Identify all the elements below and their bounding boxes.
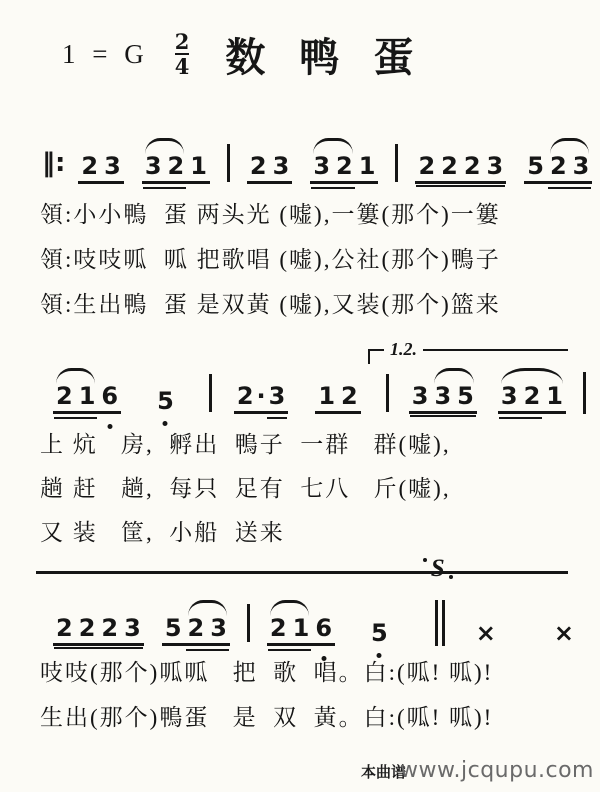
slur-group: 2 1 bbox=[267, 615, 312, 641]
beam-group: 3 3 5 bbox=[409, 383, 477, 414]
lyric-line: 又 装 筐, 小船 送来 bbox=[40, 514, 285, 547]
note-digit: 2 bbox=[98, 615, 121, 641]
lyric-line: 吱吱(那个)呱呱 把 歌 唱。白:(呱! 呱)! bbox=[40, 654, 493, 687]
note-digit: 2 bbox=[415, 153, 438, 179]
note-digit: 3 bbox=[266, 383, 289, 409]
beam-group: 5 2 3 bbox=[162, 615, 230, 646]
time-signature-denominator: 4 bbox=[175, 53, 190, 78]
note-digit: 2 bbox=[461, 153, 484, 179]
barline bbox=[395, 144, 398, 182]
note-digit: 5 bbox=[162, 615, 185, 641]
volta-label: 1.2. bbox=[384, 339, 423, 360]
barline bbox=[247, 604, 250, 642]
slur-group: 3 2 bbox=[310, 153, 355, 179]
note-digit: 3 bbox=[498, 383, 521, 409]
beam-group: 2 3 bbox=[247, 153, 292, 184]
note-digit: 2 bbox=[53, 615, 76, 641]
volta-continuation-line bbox=[36, 571, 568, 574]
note-digit: 1 bbox=[356, 153, 379, 179]
lyric-line: 趟 赶 趟, 每只 足有 七八 斤(嘘), bbox=[40, 470, 451, 503]
note-digit: 2 bbox=[234, 383, 257, 409]
note-digit: 2 bbox=[76, 615, 99, 641]
end-barline bbox=[583, 372, 586, 414]
song-title: 数鸭蛋 bbox=[225, 26, 447, 83]
augmentation-dot: · bbox=[257, 384, 266, 408]
beam-group: 2 · 3 bbox=[234, 383, 289, 414]
note-digit: 3 bbox=[431, 383, 454, 409]
watermark-url: www.jcqupu.com bbox=[400, 758, 594, 783]
note-digit: 2 bbox=[438, 153, 461, 179]
note-digit: 3 bbox=[484, 153, 507, 179]
barline bbox=[209, 374, 212, 412]
time-signature-numerator: 2 bbox=[175, 31, 190, 53]
note-digit-low-octave: 5 bbox=[154, 388, 177, 414]
barline bbox=[442, 600, 445, 646]
slur-group: 3 2 bbox=[142, 153, 187, 179]
key-signature: 1 = G bbox=[62, 39, 149, 70]
note-digit: 2 bbox=[247, 153, 270, 179]
note-digit: 1 bbox=[543, 383, 566, 409]
beam-group: 1 2 bbox=[315, 383, 360, 414]
beam-group: 5 2 3 bbox=[524, 153, 592, 184]
note-digit: 5 bbox=[454, 383, 477, 409]
beam-group: 2 3 bbox=[78, 153, 123, 184]
note-digit: 1 bbox=[315, 383, 338, 409]
note-digit: 2 bbox=[333, 153, 356, 179]
beam-group: 2 1 6 bbox=[267, 615, 335, 646]
note-digit: 3 bbox=[101, 153, 124, 179]
note-digit: 1 bbox=[187, 153, 210, 179]
beam-subgroup: 3 2 bbox=[498, 383, 543, 409]
beam-group: 3 2 1 bbox=[142, 153, 210, 184]
slur-group: 2 3 bbox=[547, 153, 592, 179]
note-digit: 2 bbox=[521, 383, 544, 409]
note-digit-low-octave: 6 bbox=[312, 615, 335, 641]
lyric-line: 上 炕 房, 孵出 鴨子 一群 群(嘘), bbox=[40, 426, 451, 459]
note-digit: 3 bbox=[207, 615, 230, 641]
spoken-rhythm-cross: × bbox=[551, 620, 577, 646]
music-line-2: 2 1 6 5 2 · 3 1 2 3 3 5 3 bbox=[44, 372, 594, 414]
beam-group: 3 2 1 bbox=[310, 153, 378, 184]
beam-subgroup: 3 bbox=[266, 383, 289, 409]
note-digit: 3 bbox=[270, 153, 293, 179]
note-digit: 2 bbox=[338, 383, 361, 409]
note-digit: 1 bbox=[290, 615, 313, 641]
repeat-open-sign: ‖: bbox=[42, 148, 65, 178]
barline bbox=[227, 144, 230, 182]
note-digit: 2 bbox=[547, 153, 570, 179]
title-row: 1 = G 2 4 数鸭蛋 bbox=[62, 26, 447, 83]
lyric-line: 領:生出鴨 蛋 是双黃 (嘘),又装(那个)篮来 bbox=[40, 286, 501, 319]
slur-group: 2 1 bbox=[53, 383, 98, 409]
note-digit: 2 bbox=[53, 383, 76, 409]
note-digit: 2 bbox=[78, 153, 101, 179]
beam-group: 2 2 2 3 bbox=[415, 153, 506, 184]
note-digit: 3 bbox=[121, 615, 144, 641]
beam-group: 2 2 2 3 bbox=[53, 615, 144, 646]
note-digit-low-octave: 6 bbox=[98, 383, 121, 409]
slur-group: 3 5 bbox=[431, 383, 476, 409]
lyric-line: 生出(那个)鴨蛋 是 双 黃。白:(呱! 呱)! bbox=[40, 699, 493, 732]
lyric-line: 領:小小鴨 蛋 两头光 (嘘),一簍(那个)一簍 bbox=[40, 196, 501, 229]
note-digit: 2 bbox=[267, 615, 290, 641]
note-digit: 3 bbox=[570, 153, 593, 179]
note-digit: 2 bbox=[165, 153, 188, 179]
note-digit: 1 bbox=[76, 383, 99, 409]
barline bbox=[386, 374, 389, 412]
beam-group-slurred: 3 2 1 bbox=[498, 383, 566, 414]
watermark: 本曲谱 www.jcqupu.com bbox=[361, 758, 594, 783]
note-digit: 3 bbox=[142, 153, 165, 179]
barline bbox=[435, 600, 438, 646]
spoken-rhythm-cross: × bbox=[473, 620, 499, 646]
music-line-3: 2 2 2 3 5 2 3 2 1 6 5 S × × bbox=[44, 600, 600, 646]
music-line-1: ‖: 2 3 3 2 1 2 3 3 2 1 2 2 2 bbox=[42, 142, 600, 184]
double-barline-with-segno: S bbox=[433, 600, 447, 646]
beam-group: 2 1 6 bbox=[53, 383, 121, 414]
slur-group: 2 3 bbox=[185, 615, 230, 641]
note-digit-low-octave: 5 bbox=[368, 620, 391, 646]
segno-icon: S bbox=[431, 556, 445, 581]
volta-bracket: 1.2. bbox=[368, 349, 568, 364]
note-digit: 5 bbox=[524, 153, 547, 179]
sheet-music-page: 1 = G 2 4 数鸭蛋 ‖: 2 3 3 2 1 2 3 3 2 bbox=[0, 0, 600, 792]
note-digit: 2 bbox=[185, 615, 208, 641]
lyric-line: 領:吱吱呱 呱 把歌唱 (嘘),公社(那个)鴨子 bbox=[40, 241, 501, 274]
time-signature: 2 4 bbox=[175, 31, 190, 78]
note-digit: 3 bbox=[409, 383, 432, 409]
note-digit: 3 bbox=[310, 153, 333, 179]
